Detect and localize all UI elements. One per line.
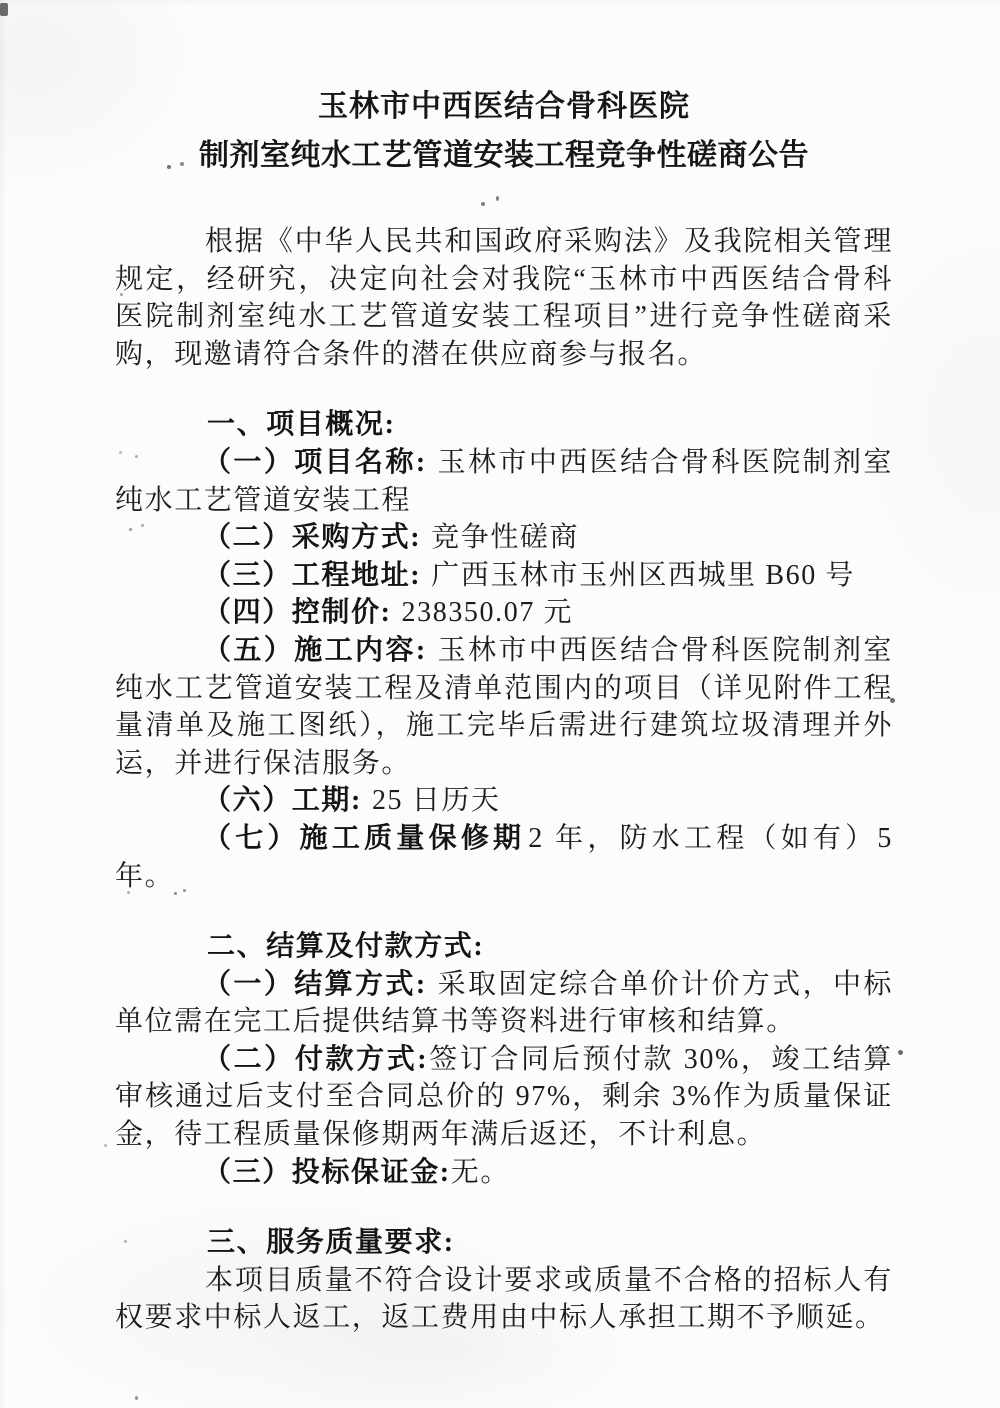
scan-speck xyxy=(129,528,132,531)
item-label: （四）控制价: xyxy=(203,597,392,628)
scan-speck xyxy=(174,892,177,895)
item-bid-deposit: （三）投标保证金:无。 xyxy=(115,1154,893,1192)
scan-speck xyxy=(256,1308,259,1313)
scan-speck xyxy=(180,162,184,166)
scan-speck xyxy=(104,1144,107,1147)
section-heading-project-overview: 一、项目概况: xyxy=(115,406,893,444)
item-procurement-method: （二）采购方式:竞争性磋商 xyxy=(115,519,893,557)
item-label: （二）付款方式: xyxy=(203,1044,428,1075)
section-project-overview: 一、项目概况: （一）项目名称:玉林市中西医结合骨科医院制剂室纯水工艺管道安装工… xyxy=(115,406,893,895)
item-construction-content: （五）施工内容:玉林市中西医结合骨科医院制剂室纯水工艺管道安装工程及清单范围内的… xyxy=(115,632,893,782)
document-content: 玉林市中西医结合骨科医院 制剂室纯水工艺管道安装工程竞争性磋商公告 根据《中华人… xyxy=(115,0,893,1337)
item-label: （三）工程地址: xyxy=(203,560,421,591)
item-value: 竞争性磋商 xyxy=(431,522,579,553)
item-label: （一）结算方式: xyxy=(203,969,427,1000)
scan-speck xyxy=(0,3,8,16)
item-label: （二）采购方式: xyxy=(203,522,421,553)
item-label: （五）施工内容: xyxy=(203,635,427,666)
scan-speck xyxy=(127,891,130,894)
scan-speck xyxy=(890,698,895,703)
scan-speck xyxy=(120,293,123,296)
scan-speck xyxy=(183,889,186,892)
scan-speck xyxy=(124,1240,127,1243)
scan-speck xyxy=(135,1396,138,1400)
scan-speck xyxy=(496,196,499,201)
item-label: （一）项目名称: xyxy=(203,447,427,478)
document-title-line-1: 玉林市中西医结合骨科医院 xyxy=(115,84,893,130)
item-project-address: （三）工程地址:广西玉林市玉州区西城里 B60 号 xyxy=(115,557,893,595)
item-duration: （六）工期:25 日历天 xyxy=(115,782,893,820)
scan-speck xyxy=(481,202,485,206)
section-heading-settlement-payment: 二、结算及付款方式: xyxy=(115,928,893,966)
item-label: （三）投标保证金: xyxy=(203,1157,451,1188)
item-warranty-period: （七）施工质量保修期2 年，防水工程（如有）5 年。 xyxy=(115,820,893,895)
intro-paragraph: 根据《中华人民共和国政府采购法》及我院相关管理规定，经研究，决定向社会对我院“玉… xyxy=(115,223,893,373)
item-settlement-method: （一）结算方式:采取固定综合单价计价方式，中标单位需在完工后提供结算书等资料进行… xyxy=(115,966,893,1041)
item-label: （七）施工质量保修期 xyxy=(203,823,525,854)
scan-speck xyxy=(167,165,171,169)
scan-speck xyxy=(141,524,144,527)
item-project-name: （一）项目名称:玉林市中西医结合骨科医院制剂室纯水工艺管道安装工程 xyxy=(115,444,893,519)
item-value: 无。 xyxy=(451,1157,510,1188)
item-control-price: （四）控制价:238350.07 元 xyxy=(115,594,893,632)
scan-speck xyxy=(196,1014,199,1018)
scan-speck xyxy=(135,455,138,458)
scan-speck xyxy=(536,581,539,584)
document-title: 玉林市中西医结合骨科医院 制剂室纯水工艺管道安装工程竞争性磋商公告 xyxy=(115,0,893,179)
scanned-document-page: 玉林市中西医结合骨科医院 制剂室纯水工艺管道安装工程竞争性磋商公告 根据《中华人… xyxy=(0,0,1000,1408)
section-settlement-payment: 二、结算及付款方式: （一）结算方式:采取固定综合单价计价方式，中标单位需在完工… xyxy=(115,928,893,1191)
item-value: 广西玉林市玉州区西城里 B60 号 xyxy=(431,560,855,591)
section-heading-service-quality: 三、服务质量要求: xyxy=(115,1224,893,1262)
item-payment-method: （二）付款方式:签订合同后预付款 30%，竣工结算审核通过后支付至合同总价的 9… xyxy=(115,1041,893,1154)
section-service-quality: 三、服务质量要求: 本项目质量不符合设计要求或质量不合格的招标人有权要求中标人返… xyxy=(115,1224,893,1337)
scan-speck xyxy=(119,451,122,454)
document-title-line-2: 制剂室纯水工艺管道安装工程竞争性磋商公告 xyxy=(115,133,893,179)
service-quality-paragraph: 本项目质量不符合设计要求或质量不合格的招标人有权要求中标人返工，返工费用由中标人… xyxy=(115,1262,893,1337)
item-value: 25 日历天 xyxy=(372,785,501,816)
item-value: 238350.07 元 xyxy=(402,597,574,628)
scan-speck xyxy=(898,1050,903,1055)
item-label: （六）工期: xyxy=(203,785,362,816)
